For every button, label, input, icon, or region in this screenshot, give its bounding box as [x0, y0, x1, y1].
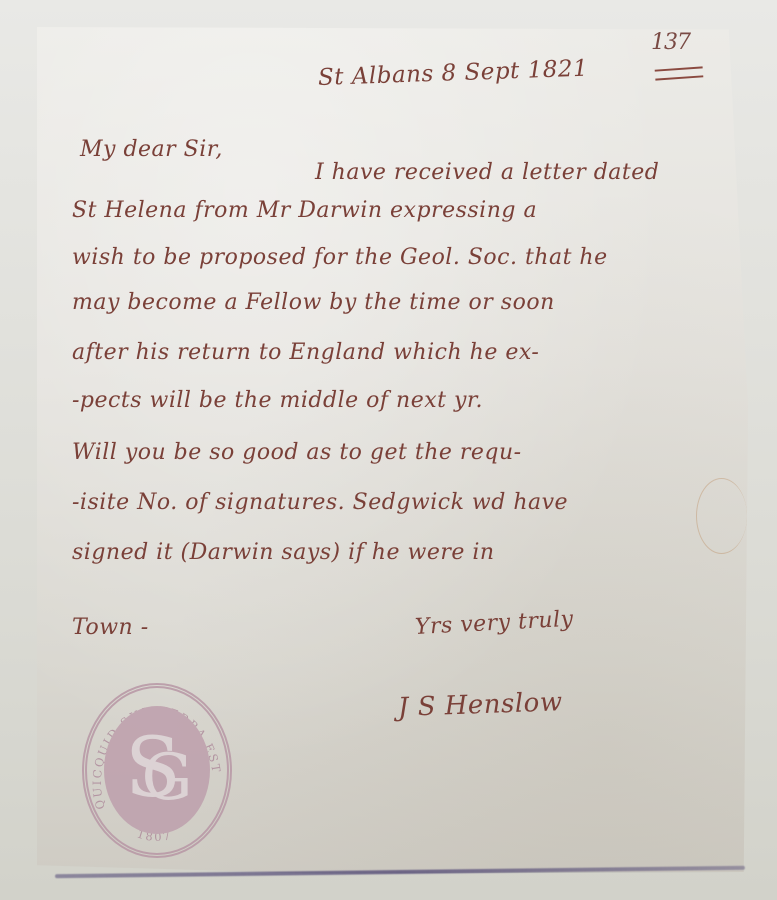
body-line: St Helena from Mr Darwin expressing a	[72, 198, 537, 223]
salutation: My dear Sir,	[80, 137, 223, 162]
geological-society-seal: QUICQUID SUB TERRA EST 1807 G S	[82, 683, 232, 858]
body-line: after his return to England which he ex-	[72, 340, 539, 365]
body-line: -isite No. of signatures. Sedgwick wd ha…	[72, 490, 568, 515]
body-line: Will you be so good as to get the requ-	[72, 440, 522, 465]
document-scan: 137 St Albans 8 Sept 1821 My dear Sir, I…	[0, 0, 777, 900]
body-line: may become a Fellow by the time or soon	[72, 290, 555, 315]
body-line: I have received a letter dated	[315, 160, 659, 185]
monogram-s: S	[125, 721, 181, 816]
seal-monogram: G S	[104, 706, 210, 834]
body-line: wish to be proposed for the Geol. Soc. t…	[72, 245, 608, 270]
folio-number: 137	[651, 30, 690, 55]
body-line: -pects will be the middle of next yr.	[72, 388, 483, 413]
signature: J S Henslow	[397, 687, 563, 723]
body-line: signed it (Darwin says) if he were in	[72, 540, 495, 565]
seal-center: G S	[104, 706, 210, 834]
faint-partial-stamp	[696, 478, 747, 554]
body-line: Town -	[72, 615, 149, 640]
